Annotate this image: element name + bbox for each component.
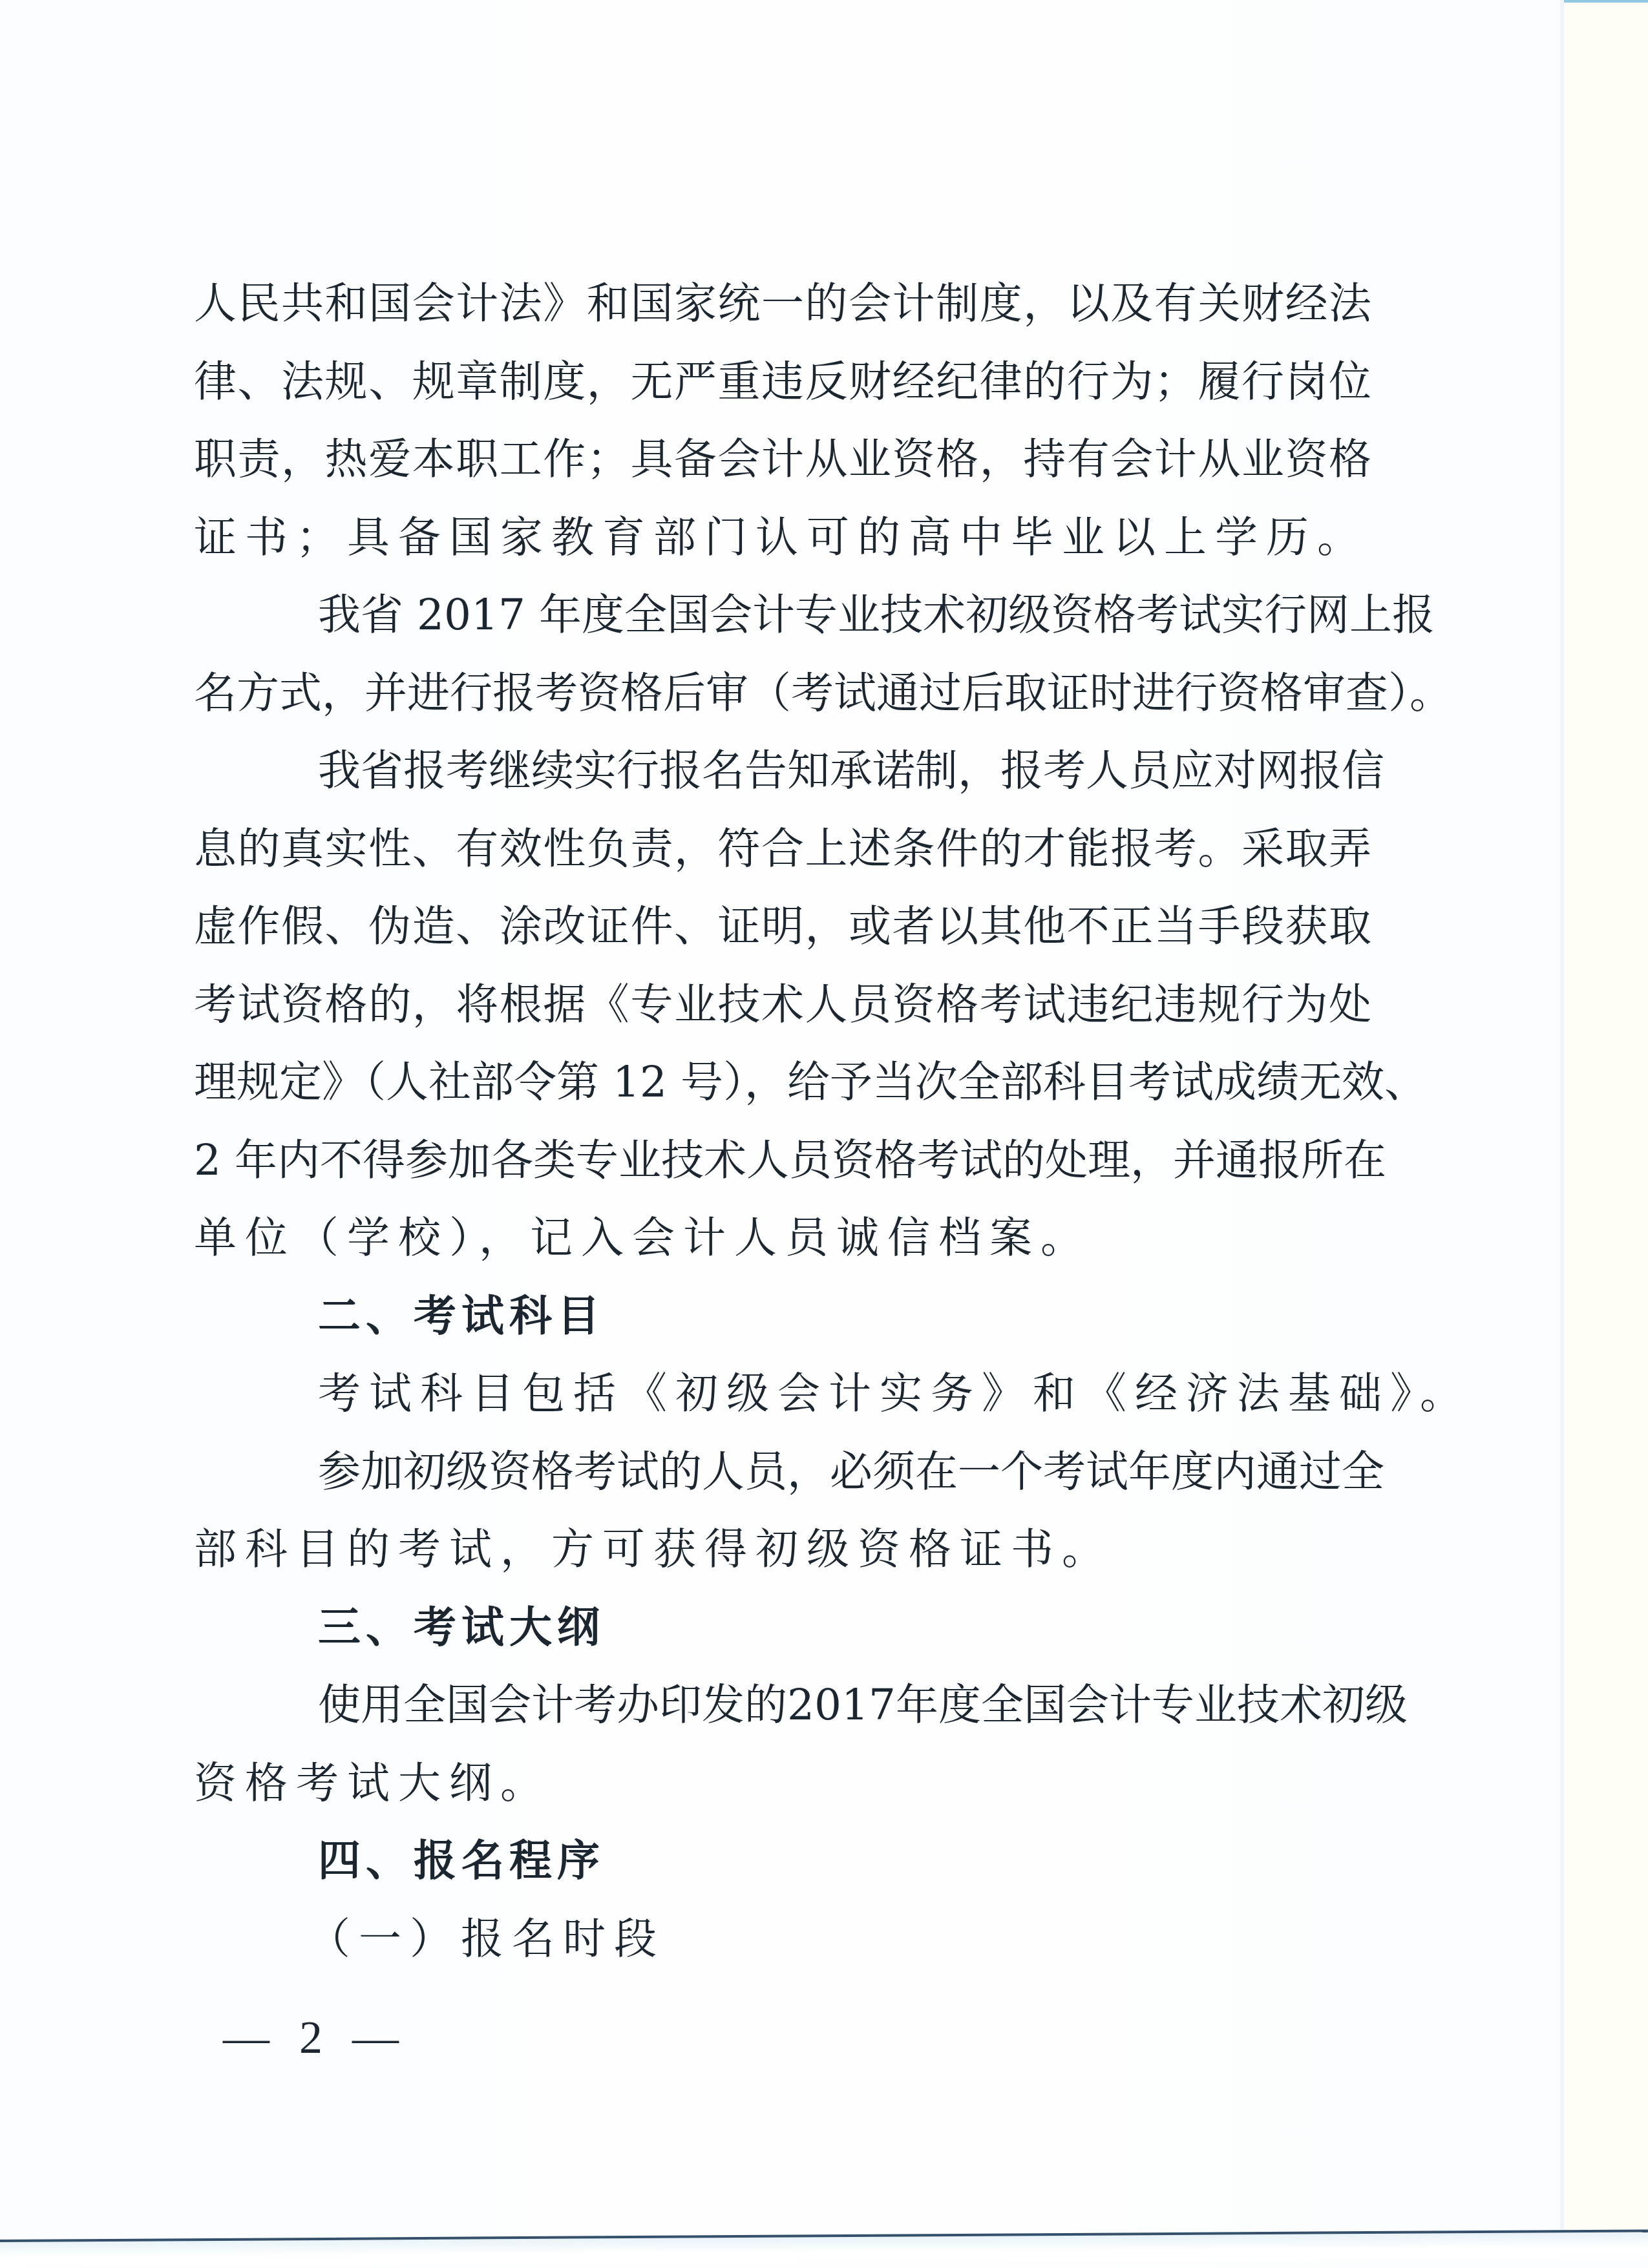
body-line: 部科目的考试，方可获得初级资格证书。 bbox=[194, 1511, 1371, 1589]
body-line: 虚作假、伪造、涂改证件、证明，或者以其他不正当手段获取 bbox=[194, 888, 1371, 966]
body-line: 单位（学校），记入会计人员诚信档案。 bbox=[194, 1199, 1371, 1277]
body-line: 证书；具备国家教育部门认可的高中毕业以上学历。 bbox=[194, 499, 1371, 577]
body-line: 理规定》（人社部令第 12 号），给予当次全部科目考试成绩无效、 bbox=[194, 1044, 1371, 1122]
subheading-registration-period: （一）报名时段 bbox=[194, 1900, 1371, 1979]
body-line: 律、法规、规章制度，无严重违反财经纪律的行为；履行岗位 bbox=[194, 343, 1371, 421]
body-line: 资格考试大纲。 bbox=[194, 1745, 1371, 1823]
document-body: 人民共和国会计法》和国家统一的会计制度，以及有关财经法 律、法规、规章制度，无严… bbox=[194, 265, 1371, 1978]
scan-edge-right bbox=[1560, 0, 1648, 2249]
body-line: 考试科目包括《初级会计实务》和《经济法基础》。 bbox=[194, 1355, 1371, 1433]
scanned-page: 人民共和国会计法》和国家统一的会计制度，以及有关财经法 律、法规、规章制度，无严… bbox=[0, 0, 1648, 2268]
scan-bottom-edge bbox=[0, 2229, 1648, 2268]
body-line: 职责，热爱本职工作；具备会计从业资格，持有会计从业资格 bbox=[194, 421, 1371, 499]
section-heading-exam-subjects: 二、考试科目 bbox=[194, 1277, 1371, 1356]
body-line: 使用全国会计考办印发的2017年度全国会计专业技术初级 bbox=[194, 1666, 1371, 1745]
body-line: 参加初级资格考试的人员，必须在一个考试年度内通过全 bbox=[194, 1433, 1371, 1511]
body-line: 人民共和国会计法》和国家统一的会计制度，以及有关财经法 bbox=[194, 265, 1371, 343]
page-number: — 2 — bbox=[223, 2011, 408, 2064]
body-line: 名方式，并进行报考资格后审（考试通过后取证时进行资格审查）。 bbox=[194, 655, 1371, 733]
body-line: 我省 2017 年度全国会计专业技术初级资格考试实行网上报 bbox=[194, 576, 1371, 655]
body-line: 考试资格的，将根据《专业技术人员资格考试违纪违规行为处 bbox=[194, 966, 1371, 1044]
section-heading-exam-syllabus: 三、考试大纲 bbox=[194, 1589, 1371, 1667]
section-heading-registration-procedure: 四、报名程序 bbox=[194, 1822, 1371, 1900]
body-line: 2 年内不得参加各类专业技术人员资格考试的处理，并通报所在 bbox=[194, 1122, 1371, 1200]
body-line: 息的真实性、有效性负责，符合上述条件的才能报考。采取弄 bbox=[194, 810, 1371, 888]
scan-edge-top bbox=[1564, 0, 1648, 3]
body-line: 我省报考继续实行报名告知承诺制，报考人员应对网报信 bbox=[194, 732, 1371, 810]
